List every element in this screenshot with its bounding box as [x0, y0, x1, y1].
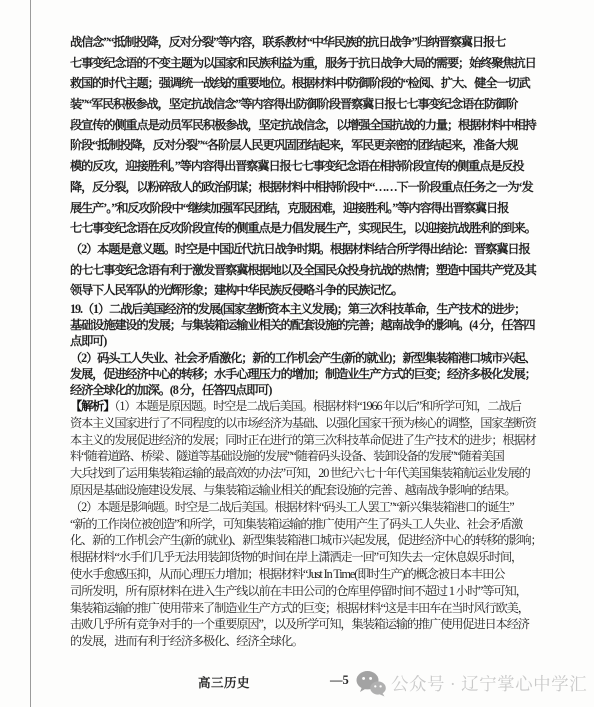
text-line: 七事变纪念语的不变主题为以国家和民族利益为重，服务于抗日战争大局的需要；始终聚焦…: [70, 53, 540, 74]
text-line: 根据材料“水手们几乎无法用装卸货物的时间在岸上潇洒走一回”可知失去一定休息娱乐时…: [70, 549, 540, 566]
text-line: 的七七事变纪念语有利于激发晋察冀根据地以及全国民众投身抗战的热情；塑造中国共产党…: [70, 260, 540, 281]
text-line: 的发展，进而有利于经济多极化、经济全球化。: [70, 633, 540, 650]
text-line: 展生产’。”和反攻阶段中“继续加强军民团结，克服困难，迎接胜利。”等内容得出晋察…: [70, 198, 540, 219]
text-line: 料“随着道路、桥梁 、隧道等基础设施的发展”“随着码头设备、装卸设备的发展”“随…: [70, 448, 540, 465]
analysis-first-line: （1）本题是原因题。时空是二战后美国。根据材料“1966 年以后”和所学可知，二…: [114, 399, 520, 413]
page-footer: 高三历史 —5 公众号 · 辽宁掌心中学汇: [0, 666, 594, 700]
text-line: 救国的时代主题；强调统一战线的重要地位。根据材料中防御阶段的“检阅、扩大、健全一…: [70, 73, 540, 94]
text-line: 本主义的发展促进经济的发展；同时正在进行的第三次科技革命促进了生产技术的进步；根…: [70, 432, 540, 449]
text-line: 模的反攻，迎接胜利。”等内容得出晋察冀日报七七事变纪念语在相持阶段宣传的侧重点是…: [70, 156, 540, 177]
text-line: 装”“军民积极参战，坚定抗战信念”等内容得出防御阶段晋察冀日报七七事变纪念语在防…: [70, 94, 540, 115]
text-line: 【解析】（1）本题是原因题。时空是二战后美国。根据材料“1966 年以后”和所学…: [70, 398, 540, 415]
text-line: 经济全球化的加深。(8 分，任答四点即可): [70, 382, 540, 398]
text-line: 击败几乎所有竞争对手的一个重要原因”，以及所学可知，集装箱运输的推广使用促进日本…: [70, 616, 540, 633]
wechat-watermark: 公众号 · 辽宁掌心中学汇: [356, 666, 587, 700]
left-scan-edge-line: [30, 0, 31, 707]
text-line: （2）本题是意义题。时空是中国近代抗日战争时期。根据材料结合所学得出结论：晋察冀…: [70, 239, 540, 260]
text-line: 司所发明，所有原材料在进入生产线以前在丰田公司的仓库里停留时间不超过 1 小时”…: [70, 583, 540, 600]
text-line: 降，反分裂，以粉碎敌人的政治阴谋；根据材料中相持阶段中“……下一阶段重点任务之一…: [70, 177, 540, 198]
footer-course-title: 高三历史: [198, 673, 250, 691]
wechat-icon: [356, 670, 386, 697]
text-line: （2）本题是影响题。时空是二战后美国。根据材料“码头工人罢工”“新兴集装箱港口的…: [70, 499, 540, 516]
scanned-answer-page: 战信念”“抵制投降，反对分裂”等内容，联系教材“中华民族的抗日战争”归纳晋察冀日…: [0, 0, 594, 707]
text-line: 原因是基础设施建设发展、与集装箱运输业相关的配套设施的完善 、越南战争影响的结果…: [70, 482, 540, 499]
answer-19-key-points: 19.（1）二战后美国经济的发展(国家垄断资本主义发展)；第三次科技革命，生产技…: [70, 301, 540, 398]
text-line: （2）码头工人失业、社会矛盾激化；新的工作机会产生(新的就业)；新型集装箱港口城…: [70, 350, 540, 366]
answer-19-analysis: 【解析】（1）本题是原因题。时空是二战后美国。根据材料“1966 年以后”和所学…: [70, 398, 540, 650]
watermark-text: 公众号 · 辽宁掌心中学汇: [391, 671, 587, 696]
text-line: 基础设施建设的发展；与集装箱运输业相关的配套设施的完善；越南战争的影响。(4 分…: [70, 317, 540, 333]
answer-18-explanation-continued: 战信念”“抵制投降，反对分裂”等内容，联系教材“中华民族的抗日战争”归纳晋察冀日…: [70, 32, 540, 301]
text-line: 集装箱运输的推广使用带来了制造业生产方式的巨变；根据材料“这是丰田车在当时风行欧…: [70, 600, 540, 617]
text-line: 段宣传的侧重点是动员军民积极参战，坚定抗战信念，以增强全国抗战的力量；根据材料中…: [70, 115, 540, 136]
text-line: 发展，促进经济中心的转移；水手心理压力的增加；制造业生产方式的巨变；经济多极化发…: [70, 366, 540, 382]
text-line: 大兵找到了运用集装箱运输的最高效的办法”可知，20 世纪六七十年代美国集装箱航运…: [70, 465, 540, 482]
analysis-label: 【解析】: [70, 399, 114, 413]
footer-page-number: —5: [330, 673, 349, 688]
text-line: 战信念”“抵制投降，反对分裂”等内容，联系教材“中华民族的抗日战争”归纳晋察冀日…: [70, 32, 540, 53]
text-line: 阶段“抵制投降，反对分裂”“各阶层人民更巩固团结起来，军民更亲密的团结起来，准备…: [70, 135, 540, 156]
text-line: “新的工作岗位被创造”和所学，可知集装箱运输的推广使用产生了码头工人失业、社会矛…: [70, 516, 540, 533]
text-line: 19.（1）二战后美国经济的发展(国家垄断资本主义发展)；第三次科技革命，生产技…: [70, 301, 540, 317]
text-line: 资本主义国家进行了不同程度的以市场经济为基础、以强化国家干预为核心的调整，国家垄…: [70, 415, 540, 432]
text-line: 领导下人民军队的光辉形象；建构中华民族反侵略斗争的民族记忆。: [70, 280, 540, 301]
text-line: 化、新的工作机会产生(新的就业)、新型集装箱港口城市兴起发展，促进经济中心的转移…: [70, 532, 540, 549]
text-line: 七七事变纪念语在反攻阶段宣传的侧重点是力倡发展生产，实现民生，以迎接抗战胜利的到…: [70, 218, 540, 239]
text-line: 使水手愈感压抑，从而心理压力增加；根据材料“Just In Time(即时生产)…: [70, 566, 540, 583]
text-line: 点即可): [70, 333, 540, 349]
